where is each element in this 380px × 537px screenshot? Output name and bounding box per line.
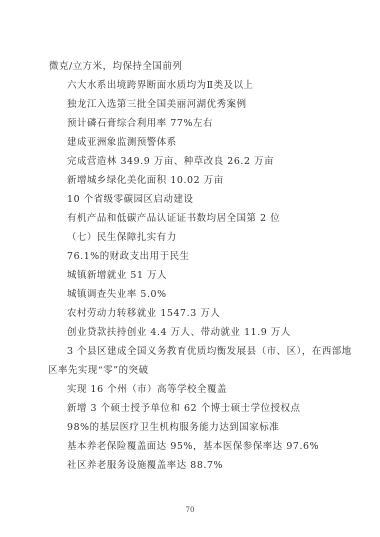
text-line-greening: 新增城乡绿化美化面积 10.02 万亩 (67, 175, 224, 187)
text-line-zero-carbon-parks: 10 个省级零碳园区启动建设 (67, 194, 193, 206)
text-line-certification: 有机产品和低碳产品认证证书数均居全国第 2 位 (67, 213, 280, 225)
text-line-insurance-coverage: 基本养老保险覆盖面达 95%，基本医保参保率达 97.6% (67, 441, 319, 453)
page-number: 70 (0, 505, 380, 515)
document-page: 微克/立方米，均保持全国前列 六大水系出境跨界断面水质均为Ⅱ类及以上 独龙江入选… (0, 0, 380, 537)
text-line-education-balance-wrap: 区率先实现“零”的突破 (48, 365, 149, 377)
text-line-unemployment-rate: 城镇调查失业率 5.0% (67, 289, 167, 301)
text-line-elephant-monitoring: 建成亚洲象监测预警体系 (67, 137, 177, 149)
text-line-phosphogypsum: 预计磷石膏综合利用率 77%左右 (67, 118, 213, 130)
text-line-higher-education: 实现 16 个州（市）高等学校全覆盖 (67, 384, 227, 396)
text-line-elderly-care: 社区养老服务设施覆盖率达 88.7% (67, 460, 223, 472)
text-line-rural-labor: 农村劳动力转移就业 1547.3 万人 (67, 308, 220, 320)
text-line-continuation: 微克/立方米，均保持全国前列 (49, 61, 182, 73)
text-line-fiscal-spending: 76.1%的财政支出用于民生 (67, 251, 190, 263)
text-line-degree-programs: 新增 3 个硕士授予单位和 62 个博士硕士学位授权点 (67, 403, 301, 415)
text-line-primary-healthcare: 98%的基层医疗卫生机构服务能力达到国家标准 (67, 422, 279, 434)
text-line-water-quality: 六大水系出境跨界断面水质均为Ⅱ类及以上 (67, 80, 254, 92)
text-line-urban-employment: 城镇新增就业 51 万人 (67, 270, 167, 282)
text-line-afforestation: 完成营造林 349.9 万亩、种草改良 26.2 万亩 (67, 156, 274, 168)
section-heading-livelihood: （七）民生保障扎实有力 (67, 232, 177, 244)
text-line-startup-loans: 创业贷款扶持创业 4.4 万人、带动就业 11.9 万人 (67, 327, 291, 339)
text-line-dulong-river: 独龙江入选第三批全国美丽河湖优秀案例 (67, 99, 247, 111)
text-line-education-balance: 3 个县区建成全国义务教育优质均衡发展县（市、区），在西部地 (67, 346, 352, 358)
